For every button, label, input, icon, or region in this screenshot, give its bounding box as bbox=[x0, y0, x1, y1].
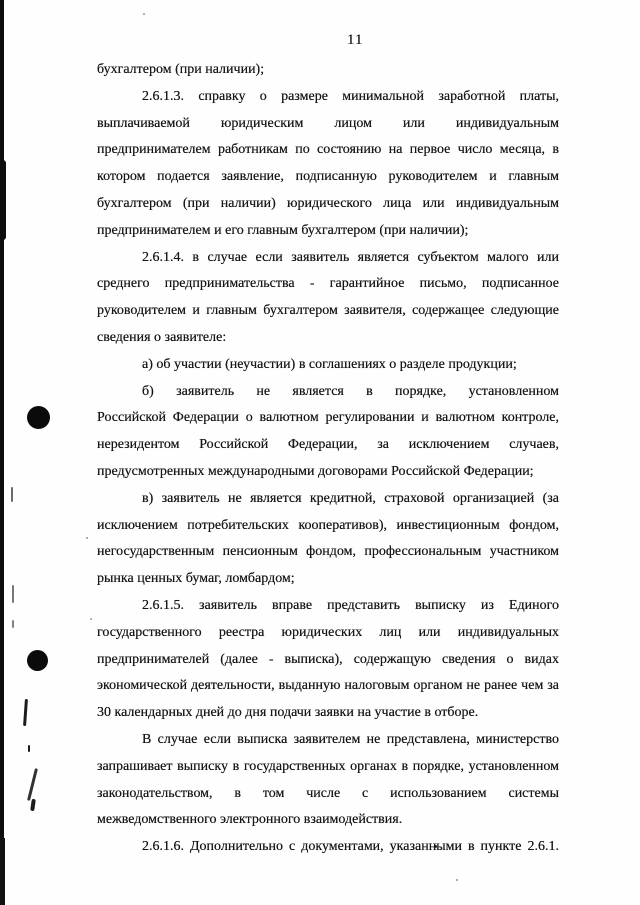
text-line: 2.6.1.5. заявитель вправе представить вы… bbox=[97, 593, 559, 620]
scan-scratch-mark bbox=[11, 487, 13, 502]
scan-speck bbox=[456, 879, 458, 881]
text-line: 2.6.1.4. в случае если заявитель являетс… bbox=[97, 245, 559, 272]
scan-scratch-mark bbox=[23, 699, 28, 726]
scan-speck bbox=[90, 618, 92, 620]
paragraph-2-6-1-3: 2.6.1.3. справку о размере минимальной з… bbox=[97, 84, 559, 245]
scan-scratch-mark bbox=[12, 585, 14, 603]
paragraph-2-6-1-4: 2.6.1.4. в случае если заявитель являетс… bbox=[97, 245, 559, 352]
text-line: исключением потребительских кооперативов… bbox=[97, 513, 559, 540]
text-line: б) заявитель не является в порядке, уста… bbox=[97, 379, 559, 406]
paragraph-ministry-request: В случае если выписка заявителем не пред… bbox=[97, 727, 559, 834]
paragraph-2-6-1-5: 2.6.1.5. заявитель вправе представить вы… bbox=[97, 593, 559, 727]
text-line: 2.6.1.6. Дополнительно с документами, ук… bbox=[97, 834, 559, 861]
text-line: руководителем и главным бухгалтером заяв… bbox=[97, 298, 559, 325]
text-line: предпринимателем и его главным бухгалтер… bbox=[97, 218, 559, 245]
scan-speck bbox=[86, 537, 88, 539]
scan-edge-blob bbox=[0, 160, 6, 240]
text-line: выплачиваемой юридическим лицом или инди… bbox=[97, 111, 559, 138]
scan-scratch-mark bbox=[12, 620, 14, 628]
text-line: 2.6.1.3. справку о размере минимальной з… bbox=[97, 84, 559, 111]
scan-scratch-mark bbox=[30, 799, 36, 811]
text-line: нерезидентом Российской Федерации, за ис… bbox=[97, 432, 559, 459]
paragraph-continuation: бухгалтером (при наличии); bbox=[97, 57, 559, 84]
text-line: негосударственным пенсионным фондом, про… bbox=[97, 539, 559, 566]
paragraph-item-a: а) об участии (неучастии) в соглашениях … bbox=[97, 352, 559, 379]
text-line: запрашивает выписку в государственных ор… bbox=[97, 754, 559, 781]
page-number: 11 bbox=[347, 32, 363, 48]
text-line: котором подается заявление, подписанную … bbox=[97, 164, 559, 191]
text-line: предпринимателей (далее - выписка), соде… bbox=[97, 647, 559, 674]
scan-speck bbox=[143, 13, 145, 15]
text-line: в) заявитель не является кредитной, стра… bbox=[97, 486, 559, 513]
punch-hole-mark bbox=[27, 650, 48, 671]
paragraph-2-6-1-6: 2.6.1.6. Дополнительно с документами, ук… bbox=[97, 834, 559, 861]
punch-hole-mark bbox=[27, 406, 50, 429]
text-line: 30 календарных дней до дня подачи заявки… bbox=[97, 700, 559, 727]
paragraph-item-b: б) заявитель не является в порядке, уста… bbox=[97, 379, 559, 486]
text-line: экономической деятельности, выданную нал… bbox=[97, 673, 559, 700]
text-line: бухгалтером (при наличии) юридического л… bbox=[97, 191, 559, 218]
text-line: государственного реестра юридических лиц… bbox=[97, 620, 559, 647]
text-line: рынка ценных бумаг, ломбардом; bbox=[97, 566, 559, 593]
scan-edge-blob bbox=[0, 838, 5, 905]
scan-edge-line bbox=[0, 0, 4, 905]
text-line: межведомственного электронного взаимодей… bbox=[97, 807, 559, 834]
text-line: Российской Федерации о валютном регулиро… bbox=[97, 405, 559, 432]
text-line: предпринимателем работникам по состоянию… bbox=[97, 137, 559, 164]
text-line: среднего предпринимательства - гарантийн… bbox=[97, 271, 559, 298]
document-text: бухгалтером (при наличии); 2.6.1.3. спра… bbox=[97, 57, 559, 861]
paragraph-item-v: в) заявитель не является кредитной, стра… bbox=[97, 486, 559, 593]
text-line: а) об участии (неучастии) в соглашениях … bbox=[97, 352, 559, 379]
text-line: сведения о заявителе: bbox=[97, 325, 559, 352]
text-line: В случае если выписка заявителем не пред… bbox=[97, 727, 559, 754]
text-line: законодательством, в том числе с использ… bbox=[97, 781, 559, 808]
scanned-document-page: 11 бухгалтером (при наличии); 2.6.1.3. с… bbox=[0, 0, 640, 905]
scan-scratch-mark bbox=[28, 745, 30, 752]
scan-scratch-mark bbox=[27, 768, 38, 801]
text-line: бухгалтером (при наличии); bbox=[97, 57, 559, 84]
text-line: предусмотренных международными договорам… bbox=[97, 459, 559, 486]
